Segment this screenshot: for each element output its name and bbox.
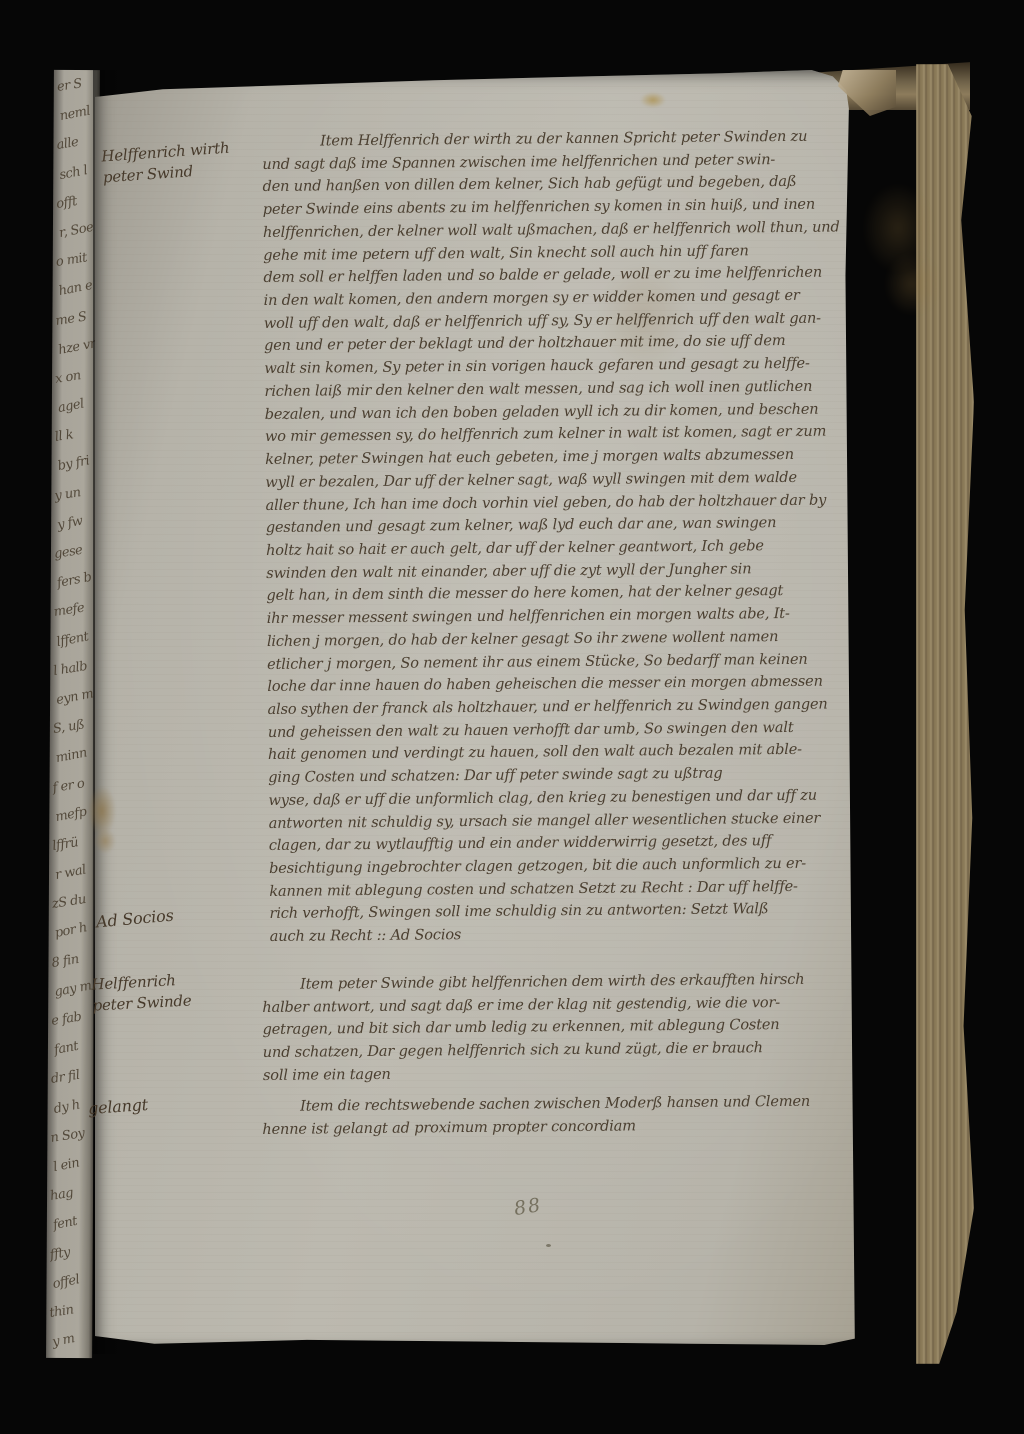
gutter-text-fragment: por h xyxy=(46,912,97,949)
body-paragraph-3: Item die rechtswebende sachen zwischen M… xyxy=(262,1090,938,1142)
gutter-text-fragment: y m xyxy=(46,1321,94,1358)
folio-number: 88 xyxy=(512,1194,543,1220)
body-paragraph-1: Item Helffenrich der wirth zu der kannen… xyxy=(262,125,946,949)
margin-note-helffenrich-peter-swinde: Helffenrich peter Swinde xyxy=(91,969,192,1016)
margin-note-helffenrich-wirth: Helffenrich wirth peter Swind xyxy=(101,138,232,189)
margin-note-gelangt: gelangt xyxy=(87,1094,148,1119)
manuscript-photo: er Snemlallesch lofftr, Soeo mithan eme … xyxy=(0,0,1024,1434)
facing-page-gutter-strip: er Snemlallesch lofftr, Soeo mithan eme … xyxy=(46,70,100,1358)
gutter-text-fragment: fent xyxy=(46,1204,95,1241)
folio-dot xyxy=(546,1244,551,1247)
body-paragraph-2: Item peter Swinde gibt helffenrichen dem… xyxy=(262,968,939,1088)
